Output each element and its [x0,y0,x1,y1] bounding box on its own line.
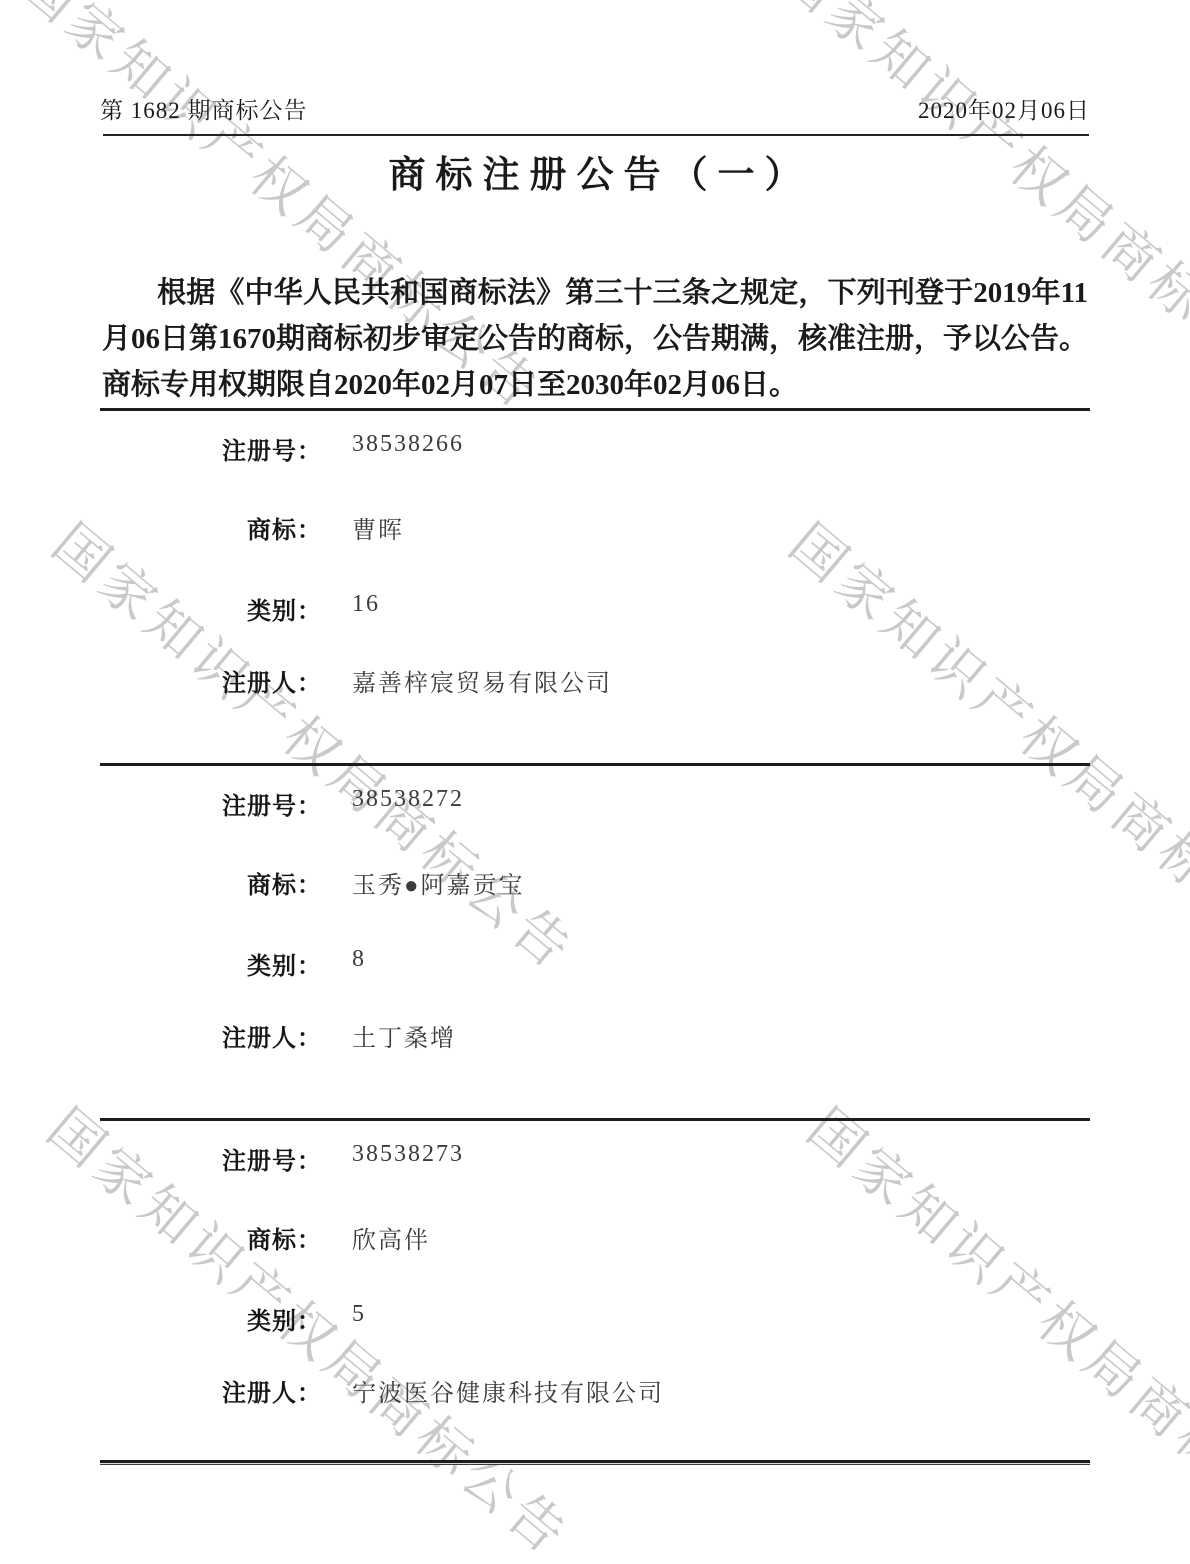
registrant-label: 注册人： [100,1018,322,1053]
field-row-mark: 商标： 玉秀●阿嘉贡宝 [100,865,1090,899]
content-layer: 第 1682 期商标公告 2020年02月06日 商标注册公告（一） 根据《中华… [0,0,1190,1564]
class-label: 类别： [100,591,322,626]
page-container: 国家知识产权局商标公告国家知识产权局商标公告国家知识产权局商标公告国家知识产权局… [0,0,1190,1564]
entries-list: 注册号： 38538266 商标： 曹晖 类别： 16 注册人： 嘉善梓宸贸易有… [100,408,1090,1473]
trademark-entry: 注册号： 38538273 商标： 欣高伴 类别： 5 注册人： 宁波医谷健康科… [100,1118,1090,1473]
bottom-divider [100,1460,1090,1465]
trademark-entry: 注册号： 38538272 商标： 玉秀●阿嘉贡宝 类别： 8 注册人： 土丁桑… [100,763,1090,1118]
page-header: 第 1682 期商标公告 2020年02月06日 [100,92,1090,125]
class-label: 类别： [100,1301,322,1336]
class-label: 类别： [100,946,322,981]
registrant-value: 土丁桑增 [352,1018,456,1053]
class-value: 16 [352,591,380,618]
reg-no-label: 注册号： [100,431,322,466]
mark-label: 商标： [100,865,322,900]
field-row-registrant: 注册人： 宁波医谷健康科技有限公司 [100,1373,1090,1407]
field-row-class: 类别： 5 [100,1301,1090,1335]
registrant-value: 嘉善梓宸贸易有限公司 [352,663,612,698]
header-divider [103,134,1089,136]
field-row-registrant: 注册人： 土丁桑增 [100,1018,1090,1052]
trademark-entry: 注册号： 38538266 商标： 曹晖 类别： 16 注册人： 嘉善梓宸贸易有… [100,408,1090,763]
field-row-registrant: 注册人： 嘉善梓宸贸易有限公司 [100,663,1090,697]
reg-no-label: 注册号： [100,786,322,821]
field-row-mark: 商标： 欣高伴 [100,1220,1090,1254]
registrant-value: 宁波医谷健康科技有限公司 [352,1373,664,1408]
registrant-label: 注册人： [100,663,322,698]
date-label: 2020年02月06日 [918,92,1090,125]
intro-paragraph: 根据《中华人民共和国商标法》第三十三条之规定，下列刊登于2019年11月06日第… [102,270,1088,408]
mark-value: 曹晖 [352,510,404,545]
field-row-reg-no: 注册号： 38538272 [100,786,1090,820]
mark-label: 商标： [100,1220,322,1255]
field-row-class: 类别： 16 [100,591,1090,625]
page-title: 商标注册公告（一） [0,144,1190,198]
reg-no-value: 38538273 [352,1141,464,1168]
reg-no-value: 38538266 [352,431,464,458]
mark-value: 欣高伴 [352,1220,430,1255]
mark-label: 商标： [100,510,322,545]
class-value: 5 [352,1301,366,1328]
field-row-class: 类别： 8 [100,946,1090,980]
registrant-label: 注册人： [100,1373,322,1408]
class-value: 8 [352,946,366,973]
field-row-reg-no: 注册号： 38538266 [100,431,1090,465]
reg-no-label: 注册号： [100,1141,322,1176]
field-row-reg-no: 注册号： 38538273 [100,1141,1090,1175]
mark-value: 玉秀●阿嘉贡宝 [352,865,525,900]
issue-label: 第 1682 期商标公告 [100,92,308,125]
reg-no-value: 38538272 [352,786,464,813]
field-row-mark: 商标： 曹晖 [100,510,1090,544]
